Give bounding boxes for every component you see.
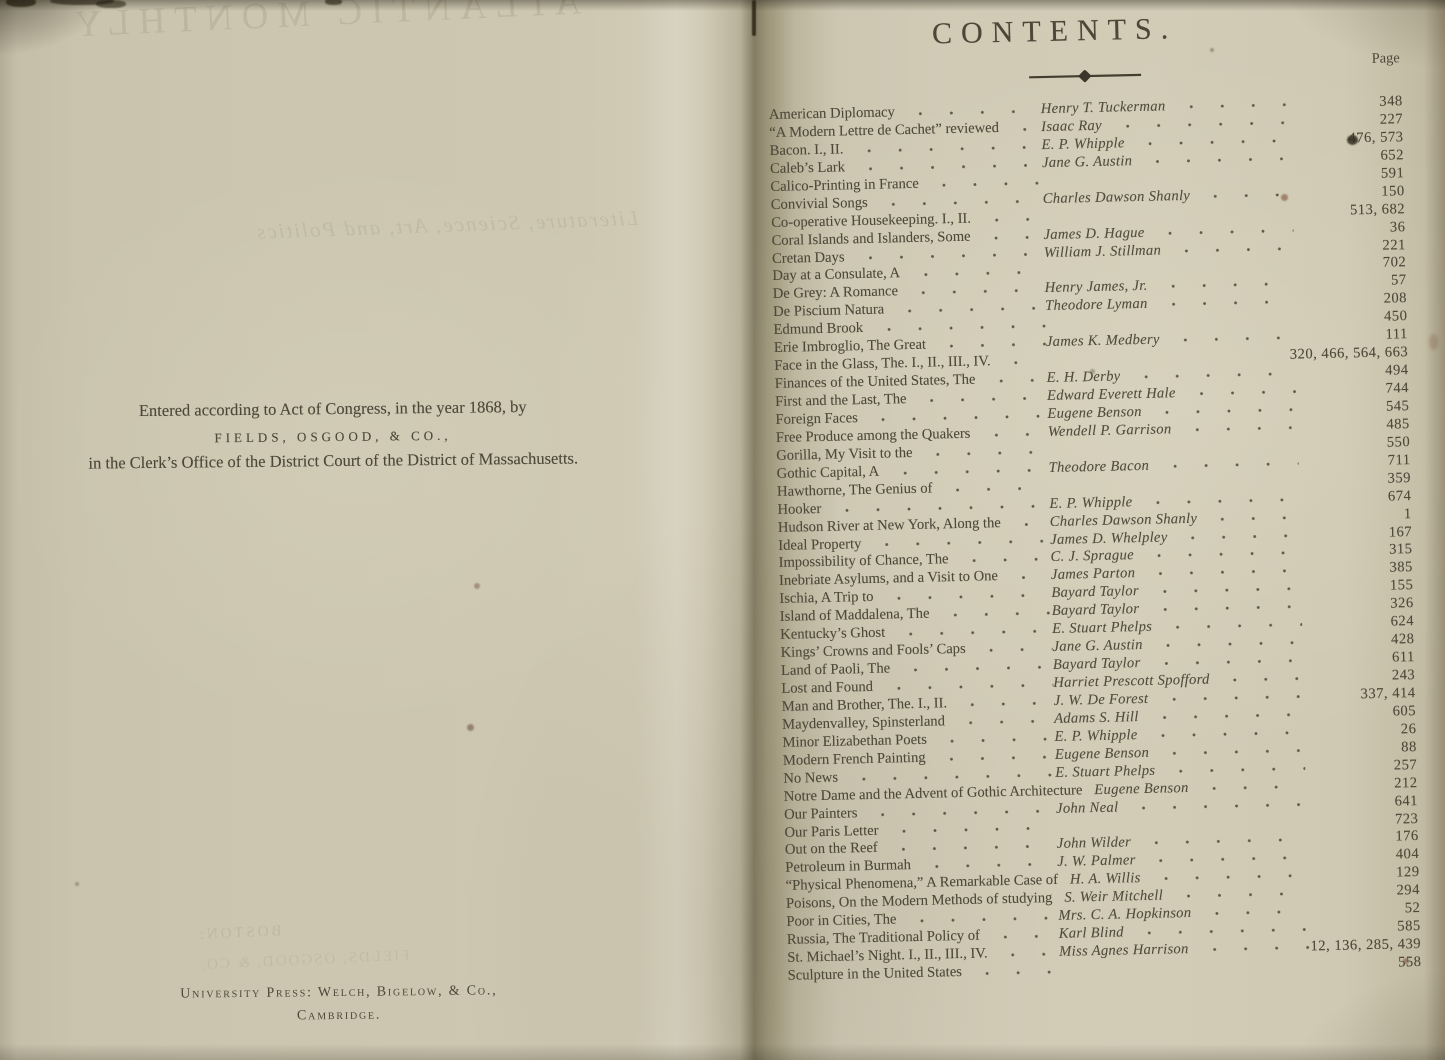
entry-author: E. Stuart Phelps [1052,619,1152,638]
ghost-title-bleedthrough: ATLANTIC MONTHLY [8,0,639,49]
dot-leader [1152,616,1302,636]
entry-title: No News [783,769,838,787]
imprint-line-1: University Press: Welch, Bigelow, & Co., [19,982,659,1005]
entry-pages: 641 [1306,793,1418,812]
entry-pages: 485 [1298,416,1410,435]
entry-pages: 167 [1300,524,1412,543]
entry-author: Henry James, Jr. [1045,278,1148,297]
entry-author: H. A. Willis [1070,870,1141,889]
contents-page-content: CONTENTS. Page American DiplomacyHenry T… [767,0,1424,1060]
left-page-content: ATLANTIC MONTHLY Literature, Science, Ar… [0,0,678,1060]
entry-pages: 348 [1291,93,1403,112]
entry-author: J. W. De Forest [1054,691,1149,710]
dot-leader [1160,329,1297,349]
entry-pages: 611 [1303,649,1415,668]
entry-pages: 450 [1295,308,1407,327]
entry-title: Poor in Cities, The [786,912,896,931]
entry-author: E. P. Whipple [1054,727,1137,746]
dot-leader [1046,323,1296,328]
entry-pages: 711 [1298,452,1410,471]
dot-leader [1149,454,1299,474]
printer-imprint: University Press: Welch, Bigelow, & Co.,… [19,982,659,1035]
entry-title: Gorilla, My Visit to the [776,445,913,465]
copyright-block: Entered according to Act of Congress, in… [13,394,654,478]
dot-leader [975,370,1047,389]
dot-leader [1082,782,1094,800]
entry-pages: 212 [1305,775,1417,794]
entry-title: Day at a Consulate, A [772,266,900,286]
entry-author: Bayard Taylor [1052,601,1140,620]
imprint-line-2: Cambridge. [19,1005,659,1028]
entry-pages: 674 [1299,488,1411,507]
entry-author-cell [1048,448,1298,453]
entry-pages: 57 [1294,273,1406,292]
dot-leader [1001,514,1050,533]
entry-pages: 221 [1294,237,1406,256]
dot-leader [1167,526,1300,546]
entry-pages: 294 [1308,882,1420,901]
entry-pages: 359 [1299,470,1411,489]
dot-leader [1042,179,1292,184]
dot-leader [1191,903,1308,923]
entry-title: Island of Maddalena, The [780,606,930,626]
dot-leader [970,227,1043,247]
dot-leader [990,352,1040,371]
entry-author-cell [1046,323,1296,328]
entry-author: Adams S. Hill [1054,709,1139,728]
copyright-line-3: in the Clerk’s Office of the District Co… [13,446,653,477]
contents-page: CONTENTS. Page American DiplomacyHenry T… [770,0,1445,1060]
book-scan-photo: ATLANTIC MONTHLY Literature, Science, Ar… [0,0,1445,1060]
entry-title: Land of Paoli, The [781,661,891,680]
dot-leader [1190,185,1293,204]
entry-pages: 591 [1292,165,1404,184]
entry-author: Karl Blind [1059,925,1124,943]
entry-title: Edmund Brook [773,320,863,339]
entry-title: First and the Last, The [775,391,907,411]
entry-title: Erie Imbroglio, The Great [774,337,926,357]
dot-leader [945,711,1055,731]
dot-leader [1049,484,1299,489]
entry-author: James K. Medbery [1046,332,1160,351]
dot-leader [1044,269,1294,274]
entry-author: John Neal [1056,799,1119,817]
divider-ornament-icon [1023,68,1147,89]
entry-author-cell [1040,359,1290,364]
dot-leader [1040,359,1290,364]
entry-pages: 111 [1296,326,1408,345]
dot-leader [1210,669,1304,688]
entry-pages: 208 [1295,290,1407,309]
entry-author: John Wilder [1057,835,1132,854]
entry-pages: 26 [1304,721,1416,740]
entry-pages: 36 [1293,219,1405,238]
entry-author: E. H. Derby [1046,368,1120,387]
dot-leader [962,962,1060,982]
entry-author: Theodore Bacon [1048,458,1149,477]
entry-title: Foreign Faces [775,410,858,429]
entry-pages: 315 [1300,542,1412,561]
left-page: ATLANTIC MONTHLY Literature, Science, Ar… [0,0,672,1060]
entry-author: C. J. Sprague [1050,548,1134,567]
entry-title: Sculpture in the United States [787,964,962,985]
entry-pages: 337, 414 [1303,685,1415,704]
dot-leader [1058,872,1070,890]
entry-author: Charles Dawson Shanly [1050,510,1198,530]
entry-pages: 494 [1296,362,1408,381]
entry-author: Charles Dawson Shanly [1043,188,1191,208]
dot-leader [1060,968,1310,973]
entry-pages: 513, 682 [1293,201,1405,220]
entry-author: E. P. Whipple [1041,135,1124,154]
entry-title: Our Paris Letter [784,822,878,841]
dot-leader [1132,149,1292,169]
entry-pages: 723 [1306,811,1418,830]
dot-leader [1171,418,1298,438]
entry-author: Jane G. Austin [1052,637,1143,656]
entry-author: James Parton [1051,566,1136,585]
entry-title: Gothic Capital, A [777,463,880,482]
entry-title: Cretan Days [772,249,845,268]
dot-leader [1048,448,1298,453]
entry-author: S. Weir Mitchell [1064,888,1163,907]
entry-author: E. Stuart Phelps [1055,762,1155,781]
entry-pages: 129 [1307,864,1419,883]
entry-title: Bacon. I., II. [769,141,843,160]
entry-author: Mrs. C. A. Hopkinson [1058,905,1191,925]
entry-pages: 150 [1293,183,1405,202]
entry-author: Jane G. Austin [1042,153,1133,172]
entry-pages: 88 [1305,739,1417,758]
entry-pages: 326 [1302,595,1414,614]
dot-leader [1147,275,1294,295]
contents-list: American DiplomacyHenry T. Tuckerman348“… [769,93,1422,986]
dot-leader [1144,221,1293,241]
entry-author: Isaac Ray [1041,118,1102,136]
entry-pages: 545 [1297,398,1409,417]
entry-author-cell [1042,179,1292,184]
dot-leader [980,926,1059,946]
dot-leader [987,944,1059,963]
entry-title: American Diplomacy [769,104,895,124]
entry-pages: 1 [1300,506,1412,525]
entry-title: Minor Elizabethan Poets [782,732,927,752]
entry-title: Calico-Printing in France [770,176,919,196]
dot-leader [971,209,1044,229]
entry-author: Miss Agnes Harrison [1059,941,1189,961]
entry-author-cell [1060,968,1310,973]
entry-pages: 243 [1303,667,1415,686]
entry-pages: 744 [1297,380,1409,399]
entry-title: Out on the Reef [785,840,878,859]
dot-leader [1143,634,1303,654]
ghost-subtitle-bleedthrough: Literature, Science, Art, and Politics [167,203,728,249]
entry-author: Eugene Benson [1047,404,1142,423]
entry-title: Hooker [777,501,821,519]
dot-leader [1057,825,1307,830]
dot-leader [1148,687,1304,707]
entry-title: Ideal Property [778,536,861,555]
dot-leader [1188,938,1309,958]
dot-leader [998,567,1051,586]
entry-author-cell [1043,215,1293,220]
dot-leader [1188,777,1305,797]
entry-pages: 702 [1294,255,1406,274]
entry-pages: 585 [1309,918,1421,937]
entry-author-cell [1044,269,1294,274]
dot-leader [966,639,1053,659]
entry-author: Wendell P. Garrison [1048,421,1172,441]
entry-pages: 176 [1307,828,1419,847]
entry-author: Theodore Lyman [1045,296,1148,315]
dot-leader [1197,508,1300,527]
dot-leader [1052,890,1064,908]
entry-author: James D. Whelpley [1050,529,1168,549]
dot-leader [1043,215,1293,220]
dot-leader [970,424,1048,444]
entry-pages: 227 [1291,111,1403,130]
dot-leader [1163,885,1308,905]
entry-title: Caleb’s Lark [770,159,845,178]
entry-pages: 385 [1301,559,1413,578]
dot-leader [1149,741,1305,761]
entry-title: De Grey: A Romance [773,284,899,304]
entry-author-cell [1057,825,1307,830]
entry-pages: 12, 136, 285, 439 [1309,936,1421,955]
entry-title: Ischia, A Trip to [779,589,873,608]
entry-pages: 550 [1298,434,1410,453]
entry-title: Lost and Found [781,679,873,698]
entry-author: Bayard Taylor [1053,655,1141,674]
ghost-boston-bleedthrough: BOSTON: [134,920,345,947]
entry-author: James D. Hague [1043,224,1144,243]
entry-pages: 320, 466, 564, 663 [1290,344,1409,364]
dot-leader [1165,96,1291,116]
entry-pages: 558 [1309,954,1421,973]
entry-author: Eugene Benson [1094,780,1189,799]
dot-leader [1147,293,1295,313]
entry-pages: 652 [1292,147,1404,166]
entry-pages: 605 [1304,703,1416,722]
copyright-line-1: Entered according to Act of Congress, in… [13,394,653,425]
entry-title: Modern French Painting [783,750,926,770]
entry-pages: 257 [1305,757,1417,776]
entry-author: J. W. Palmer [1057,853,1136,872]
dot-leader [1142,400,1298,420]
entry-author: Henry T. Tuckerman [1041,98,1166,118]
entry-author: Harriet Prescott Spofford [1053,672,1210,692]
entry-author: Bayard Taylor [1051,583,1139,602]
entry-title: Our Painters [784,805,858,824]
entry-title: Kentucky’s Ghost [780,625,885,644]
entry-author-cell [1049,484,1299,489]
entry-pages: 52 [1308,900,1420,919]
entry-author: E. P. Whipple [1049,494,1132,513]
dot-leader [1155,759,1305,779]
entry-author: William J. Stillman [1044,242,1162,262]
entry-pages: 428 [1302,631,1414,650]
ghost-publisher-bleedthrough: FIELDS, OSGOOD, & CO. [79,942,529,979]
entry-pages: 155 [1301,577,1413,596]
dot-leader [1176,383,1298,403]
entry-pages: 624 [1302,613,1414,632]
entry-title: Convivial Songs [771,195,868,214]
entry-title: Petroleum in Burmah [785,857,911,877]
page-column-label: Page [1371,50,1400,68]
entry-author: Edward Everett Hale [1047,385,1176,405]
dot-leader [948,549,1050,569]
copyright-publisher: FIELDS, OSGOOD, & CO., [13,423,653,449]
dot-leader [947,693,1054,713]
entry-pages: 404 [1307,846,1419,865]
dot-leader [1161,239,1294,259]
dot-leader [999,119,1042,138]
entry-pages: 476, 573 [1291,129,1403,148]
entry-title: Hawthorne, The Genius of [777,480,933,500]
contents-heading: CONTENTS. [735,8,1370,56]
entry-title: De Piscium Natura [773,302,884,321]
entry-author: Eugene Benson [1055,745,1150,764]
